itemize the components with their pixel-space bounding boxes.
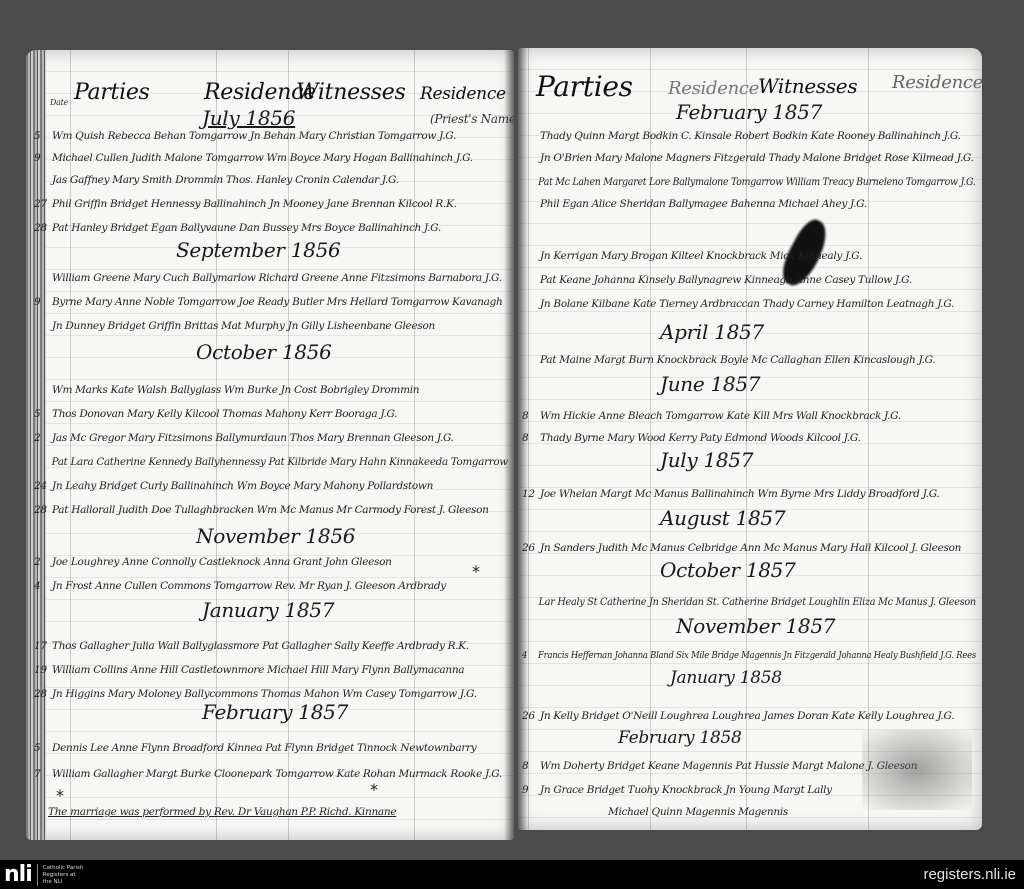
month-heading: January 1857 [202,598,334,622]
nli-logo-mark: nli [4,864,32,886]
register-entry: Phil Egan Alice Sheridan Ballymagee Bahe… [522,198,867,210]
register-entry: 2Joe Loughrey Anne Connolly Castleknock … [34,556,392,568]
nli-logo-caption: Catholic Parish Registers at the NLI [43,865,103,886]
register-entry: Pat Mc Lahen Margaret Lore Ballymalone T… [522,176,976,188]
image-viewer[interactable]: Date Parties Residence Witnesses Residen… [0,0,1024,860]
register-entry: 24Jn Leahy Bridget Curly Ballinahinch Wm… [34,480,433,492]
page-binding-edge [26,50,46,840]
month-heading: February 1857 [202,700,348,724]
page-stain [862,730,972,810]
register-entry: 27Phil Griffin Bridget Hennessy Ballinah… [34,198,457,210]
asterisk-mark: * [370,780,378,799]
month-heading: April 1857 [660,320,764,344]
header-witnesses: Witnesses [758,74,857,98]
register-entry: Michael Quinn Magennis Magennis [608,806,788,818]
register-entry: Pat Maine Margt Burn Knockbrack Boyle Mc… [522,354,935,366]
header-parties: Parties [74,80,150,105]
month-heading: November 1856 [196,524,355,548]
logo-divider [37,864,38,886]
month-heading: September 1856 [176,238,340,262]
month-heading: February 1857 [676,100,822,124]
header-date: Date [50,98,68,107]
month-heading: November 1857 [676,614,835,638]
register-entry: Pat Lara Catherine Kennedy Ballyhennessy… [34,456,508,468]
register-entry: 28Pat Hallorall Judith Doe Tullaghbracke… [34,504,489,516]
header-parties: Parties [536,70,633,103]
register-entry: Lar Healy St Catherine Jn Sheridan St. C… [522,596,976,608]
footer-bar: nli Catholic Parish Registers at the NLI… [0,860,1024,889]
register-entry: Wm Marks Kate Walsh Ballyglass Wm Burke … [34,384,419,396]
register-entry: 9Michael Cullen Judith Malone Tomgarrow … [34,152,473,164]
month-heading: July 1856 [202,106,295,130]
register-entry: 8Thady Byrne Mary Wood Kerry Paty Edmond… [522,432,861,444]
month-heading: June 1857 [660,372,760,396]
header-residence-2: Residence [892,72,982,93]
month-heading: October 1856 [196,340,332,364]
register-entry: 4Jn Frost Anne Cullen Commons Tomgarrow … [34,580,446,592]
register-entry: 4Francis Heffernan Johanna Bland Six Mil… [522,650,976,661]
register-entry: 28Jn Higgins Mary Moloney Ballycommons T… [34,688,477,700]
month-heading: January 1858 [670,668,782,688]
register-entry: Jn Kerrigan Mary Brogan Kilteel Knockbra… [522,250,862,262]
register-entry: Pat Keane Johanna Kinsely Ballynagrew Ki… [522,274,912,286]
month-heading: October 1857 [660,558,796,582]
asterisk-mark: * [472,562,480,581]
month-heading: August 1857 [660,506,785,530]
register-entry: 2Jas Mc Gregor Mary Fitzsimons Ballymurd… [34,432,454,444]
register-entry: 19William Collins Anne Hill Castletownmo… [34,664,464,676]
register-entry: 5Dennis Lee Anne Flynn Broadford Kinnea … [34,742,476,754]
register-entry: 7William Gallagher Margt Burke Cloonepar… [34,768,502,780]
month-heading: July 1857 [660,448,753,472]
register-entry: William Greene Mary Cuch Ballymarlow Ric… [34,272,502,284]
month-heading: February 1858 [618,728,742,748]
header-witnesses: Witnesses [296,80,405,105]
register-entry: 17Thos Gallagher Julia Wall Ballyglassmo… [34,640,469,652]
gutter-shadow [504,50,514,840]
asterisk-mark: * [56,786,64,805]
register-page-right: Parties Residence Witnesses Residence Fe… [518,48,982,830]
register-entry: 5Thos Donovan Mary Kelly Kilcool Thomas … [34,408,397,420]
register-entry: 8Wm Doherty Bridget Keane Magennis Pat H… [522,760,917,772]
register-page-left: Date Parties Residence Witnesses Residen… [26,50,514,840]
register-entry: Jn Bolane Kilbane Kate Tierney Ardbracca… [522,298,954,310]
register-entry: 28Pat Hanley Bridget Egan Ballyvaune Dan… [34,222,441,234]
header-residence-2: Residence [420,84,506,104]
register-entry: 9Jn Grace Bridget Tuohy Knockbrack Jn Yo… [522,784,832,796]
header-priests-name: (Priest's Name) [430,112,514,126]
column-divider [70,50,71,840]
register-entry: 26Jn Sanders Judith Mc Manus Celbridge A… [522,542,961,554]
register-entry: Thady Quinn Margt Bodkin C. Kinsale Robe… [522,130,961,142]
register-entry: 26Jn Kelly Bridget O'Neill Loughrea Loug… [522,710,954,722]
register-entry: 12Joe Whelan Margt Mc Manus Ballinahinch… [522,488,939,500]
site-url-link[interactable]: registers.nli.ie [923,866,1016,883]
register-footnote: The marriage was performed by Rev. Dr Va… [48,806,396,818]
register-entry: 9Byrne Mary Anne Noble Tomgarrow Joe Rea… [34,296,502,308]
nli-logo[interactable]: nli Catholic Parish Registers at the NLI [4,863,103,887]
register-entry: Jn O'Brien Mary Malone Magners Fitzgeral… [522,152,974,164]
column-divider [414,50,415,840]
register-entry: Jas Gaffney Mary Smith Drommin Thos. Han… [34,174,399,186]
register-entry: 8Wm Hickie Anne Bleach Tomgarrow Kate Ki… [522,410,901,422]
register-entry: 5Wm Quish Rebecca Behan Tomgarrow Jn Beh… [34,130,456,142]
register-entry: Jn Dunney Bridget Griffin Brittas Mat Mu… [34,320,435,332]
header-residence: Residence [668,78,759,99]
